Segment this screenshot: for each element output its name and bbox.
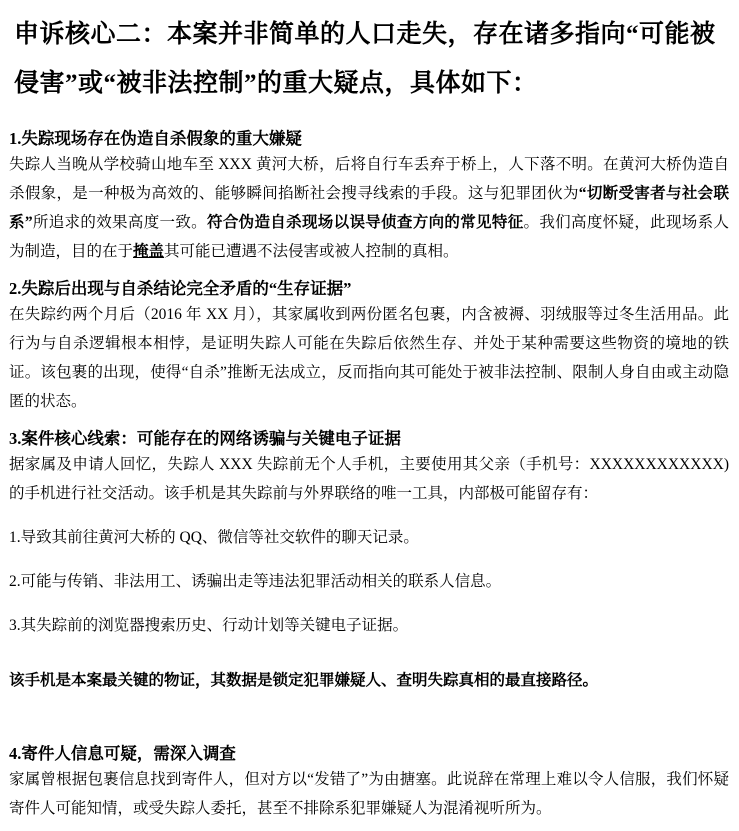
document-title: 申诉核心二：本案并非简单的人口走失，存在诸多指向“可能被侵害”或“被非法控制”的… (14, 10, 727, 108)
section-3-heading: 3.案件核心线索：可能存在的网络诱骗与关键电子证据 (9, 428, 729, 450)
list-item-3: 3.其失踪前的浏览器搜索历史、行动计划等关键电子证据。 (9, 611, 729, 640)
text-run: 所追求的效果高度一致。 (33, 214, 207, 231)
section-2: 2.失踪后出现与自杀结论完全矛盾的“生存证据” 在失踪约两个月后（2016 年 … (9, 278, 729, 416)
section-2-paragraph: 在失踪约两个月后（2016 年 XX 月），其家属收到两份匿名包裹，内含被褥、羽… (9, 300, 729, 416)
section-4: 4.寄件人信息可疑，需深入调查 家属曾根据包裹信息找到寄件人，但对方以“发错了”… (9, 743, 729, 823)
document-page: 申诉核心二：本案并非简单的人口走失，存在诸多指向“可能被侵害”或“被非法控制”的… (0, 0, 739, 831)
text-run: 其可能已遭遇不法侵害或被人控制的真相。 (164, 243, 459, 260)
key-evidence-statement: 该手机是本案最关键的物证，其数据是锁定犯罪嫌疑人、查明失踪真相的最直接路径。 (9, 666, 729, 695)
section-2-heading: 2.失踪后出现与自杀结论完全矛盾的“生存证据” (9, 278, 729, 300)
section-3: 3.案件核心线索：可能存在的网络诱骗与关键电子证据 据家属及申请人回忆，失踪人 … (9, 428, 729, 695)
section-1-paragraph: 失踪人当晚从学校骑山地车至 XXX 黄河大桥，后将自行车丢弃于桥上，人下落不明。… (9, 150, 729, 266)
list-item-1: 1.导致其前往黄河大桥的 QQ、微信等社交软件的聊天记录。 (9, 523, 729, 552)
section-4-paragraph: 家属曾根据包裹信息找到寄件人，但对方以“发错了”为由搪塞。此说辞在常理上难以令人… (9, 765, 729, 823)
section-4-heading: 4.寄件人信息可疑，需深入调查 (9, 743, 729, 765)
list-item-2: 2.可能与传销、非法用工、诱骗出走等违法犯罪活动相关的联系人信息。 (9, 567, 729, 596)
section-3-paragraph: 据家属及申请人回忆，失踪人 XXX 失踪前无个人手机，主要使用其父亲（手机号：X… (9, 450, 729, 508)
section-1-heading: 1.失踪现场存在伪造自杀假象的重大嫌疑 (9, 128, 729, 150)
section-1: 1.失踪现场存在伪造自杀假象的重大嫌疑 失踪人当晚从学校骑山地车至 XXX 黄河… (9, 128, 729, 266)
text-run-bold: 符合伪造自杀现场以误导侦查方向的常见特征 (207, 214, 524, 231)
text-run-bold-underline: 掩盖 (133, 243, 164, 260)
